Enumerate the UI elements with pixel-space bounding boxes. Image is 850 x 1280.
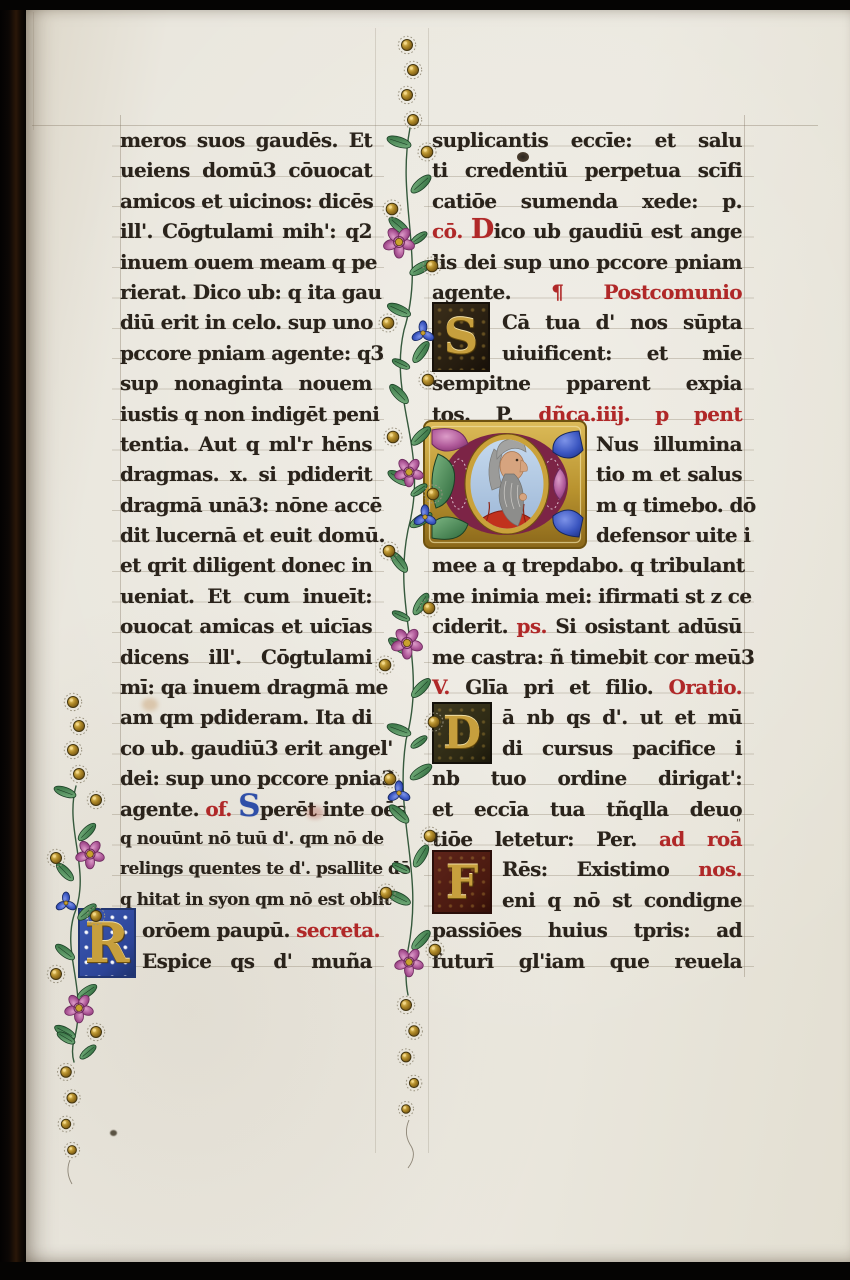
text-line: dragmas. x. si pdiderit xyxy=(120,459,372,489)
rubric-text: nos. xyxy=(698,857,742,881)
text-line: ciderit. ps. Si osistant adūsū xyxy=(432,611,742,641)
body-text: dragmas. x. si pdiderit xyxy=(120,462,372,486)
body-text: suplicantis eccīe: et salu xyxy=(432,128,742,152)
left-text-column: meros suos gaudēs. Etueiens domū3 cōuoca… xyxy=(120,125,372,977)
body-text: dicens ill'. Cōgtulami xyxy=(120,645,372,669)
initial-letter: S xyxy=(444,309,479,365)
stain xyxy=(142,698,158,711)
body-text: ciderit. xyxy=(432,614,516,638)
speck xyxy=(110,1130,117,1136)
marginal-mark: ʺ xyxy=(736,820,750,830)
body-text: ouocat amicas et uicīas xyxy=(120,614,372,638)
body-text: sempitne pparent expia xyxy=(432,371,742,395)
text-line: q nouūnt nō tuū d'. qm nō de xyxy=(120,824,372,854)
text-line: cō. Dico ub gaudiū est ange xyxy=(432,216,742,246)
text-line: ill'. Cōgtulami mih': q2 xyxy=(120,216,372,246)
rubric-text: V. xyxy=(432,675,465,699)
body-text: dit lucernā et euit domū. xyxy=(120,523,385,547)
text-line: dicens ill'. Cōgtulami xyxy=(120,642,372,672)
body-text: Rēs: Existimo xyxy=(502,857,698,881)
body-text: Si osistant adūsū xyxy=(555,614,742,638)
body-text: eni q nō st condigne xyxy=(502,888,742,912)
text-line: ueniat. Et cum inueīt: xyxy=(120,581,372,611)
initial-D-oratio: D xyxy=(432,702,492,764)
body-text: q hitat in syon qm nō est oblit' xyxy=(120,890,396,910)
text-line: ouocat amicas et uicīas xyxy=(120,611,372,641)
body-text: m q timebo. dō xyxy=(596,493,756,517)
body-text: ico ub gaudiū est ange xyxy=(494,219,742,243)
text-line: ueiens domū3 cōuocat xyxy=(120,155,372,185)
text-line: V. Glīa pri et filio. Oratio. xyxy=(432,672,742,702)
ink-blot xyxy=(517,152,529,162)
text-line: q hitat in syon qm nō est oblit' xyxy=(120,885,372,915)
initial-letter: F xyxy=(446,855,479,909)
body-text: ueniat. Et cum inueīt: xyxy=(120,584,372,608)
photo-edge-bottom xyxy=(0,1262,850,1280)
body-text: tentia. Aut q ml'r hēns xyxy=(120,432,372,456)
initial-F-epistle: F xyxy=(432,850,492,914)
book-gutter-edge xyxy=(0,0,26,1280)
inline-initial: S xyxy=(238,788,260,824)
body-text: mee a q trepdabo. q tribulant xyxy=(432,553,745,577)
manuscript-photo: meros suos gaudēs. Etueiens domū3 cōuoca… xyxy=(0,0,850,1280)
rubric-text: ps. xyxy=(516,614,555,638)
body-text: me inimia mei: ifirmati st z ce xyxy=(432,584,751,608)
rubric-text: ad roā xyxy=(659,827,742,851)
body-text: lis dei sup uno pccore pniam xyxy=(432,250,742,274)
body-text: amicos et uicinos: dicēs xyxy=(120,189,373,213)
body-text: defensor uite i xyxy=(596,523,750,547)
body-text: nb tuo ordine dirigat': xyxy=(432,766,742,790)
body-text: passiōes huius tpris: ad xyxy=(432,918,742,942)
initial-letter: D xyxy=(443,708,481,759)
text-line: passiōes huius tpris: ad xyxy=(432,915,742,945)
body-text: co ub. gaudiū3 erit angel' xyxy=(120,736,393,760)
body-text: di cursus pacifice i xyxy=(502,736,742,760)
text-line: m q timebo. dō xyxy=(432,490,742,520)
text-line: dit lucernā et euit domū. xyxy=(120,520,372,550)
body-text: ueiens domū3 cōuocat xyxy=(120,158,372,182)
text-line: futurī gl'iam que reuela xyxy=(432,946,742,976)
body-text: sup nonaginta nouem xyxy=(120,371,372,395)
rubric-text: ¶ Postcomunio xyxy=(551,280,742,304)
body-text: uiuificent: et mīe xyxy=(502,341,742,365)
text-line: amicos et uicinos: dicēs xyxy=(120,186,372,216)
body-text: Nus illumina xyxy=(596,432,742,456)
text-line: catiōe sumenda xede: p. xyxy=(432,186,742,216)
text-line: meros suos gaudēs. Et xyxy=(120,125,372,155)
rubric-text: of. xyxy=(205,797,238,821)
body-text: dei: sup uno pccore pnia3 xyxy=(120,766,395,790)
ruling-line xyxy=(33,12,34,130)
text-line: orōem paupū. secreta. xyxy=(120,915,372,945)
body-text: inuem ouem meam q pe xyxy=(120,250,377,274)
initial-S-postcommunio: S xyxy=(432,302,490,372)
body-text: et eccīa tua tñqlla deuo xyxy=(432,797,742,821)
body-text: mī: qa inuem dragmā me xyxy=(120,675,388,699)
body-text: orōem paupū. xyxy=(142,918,296,942)
initial-letter: R xyxy=(85,911,130,975)
initial-R-secreta: R xyxy=(78,908,136,978)
body-text: meros suos gaudēs. Et xyxy=(120,128,372,152)
text-line: lis dei sup uno pccore pniam xyxy=(432,247,742,277)
red-smudge xyxy=(306,806,324,819)
body-text: futurī gl'iam que reuela xyxy=(432,949,742,973)
rubric-text: secreta. xyxy=(296,918,380,942)
body-text: ti credentiū perpetua scīfi xyxy=(432,158,742,182)
text-line: inuem ouem meam q pe xyxy=(120,247,372,277)
body-text: tos. P. xyxy=(432,402,538,426)
text-line: sempitne pparent expia xyxy=(432,368,742,398)
rubric-text: cō. xyxy=(432,219,471,243)
body-text: q nouūnt nō tuū d'. qm nō de xyxy=(120,829,384,849)
text-line: tio m et salus xyxy=(432,459,742,489)
text-line: sup nonaginta nouem xyxy=(120,368,372,398)
body-text: tio m et salus xyxy=(596,462,742,486)
body-text: am qm pdideram. Ita di xyxy=(120,705,372,729)
text-line: co ub. gaudiū3 erit angel' xyxy=(120,733,372,763)
text-line: tos. P. dñca.iiij. p pent xyxy=(432,399,742,429)
text-line: et eccīa tua tñqlla deuo xyxy=(432,794,742,824)
text-line: mī: qa inuem dragmā me xyxy=(120,672,372,702)
body-text: ill'. Cōgtulami mih': q2 xyxy=(120,219,372,243)
body-text: diū erit in celo. sup uno xyxy=(120,310,373,334)
text-line: me castra: ñ timebit cor meū3 xyxy=(432,642,742,672)
body-text: iustis q non indigēt peni xyxy=(120,402,379,426)
text-line: mee a q trepdabo. q tribulant xyxy=(432,550,742,580)
text-line: tentia. Aut q ml'r hēns xyxy=(120,429,372,459)
body-text: Espice qs d' muña xyxy=(142,949,372,973)
body-text: agente. xyxy=(432,280,551,304)
text-line: dragmā unā3: nōne accē xyxy=(120,490,372,520)
body-text: ā nb qs d'. ut et mū xyxy=(502,705,742,729)
rubric-text: dñca.iiij. p pent xyxy=(538,402,742,426)
body-text: perēt inte oēs xyxy=(260,797,406,821)
text-line: et qrit diligent donec in xyxy=(120,550,372,580)
body-text: agente. xyxy=(120,797,205,821)
text-line: defensor uite i xyxy=(432,520,742,550)
photo-edge-top xyxy=(0,0,850,10)
text-line: Nus illumina xyxy=(432,429,742,459)
inline-initial: D xyxy=(471,214,494,245)
text-line: am qm pdideram. Ita di xyxy=(120,702,372,732)
rubric-text: Oratio. xyxy=(668,675,742,699)
text-line: iustis q non indigēt peni xyxy=(120,399,372,429)
body-text: rierat. Dico ub: q ita gau xyxy=(120,280,381,304)
text-line: relings quentes te d'. psallite dō xyxy=(120,854,372,884)
text-line: diū erit in celo. sup uno xyxy=(120,307,372,337)
body-text: dragmā unā3: nōne accē xyxy=(120,493,382,517)
text-line: ti credentiū perpetua scīfi xyxy=(432,155,742,185)
body-text: relings quentes te d'. psallite dō xyxy=(120,859,410,879)
body-text: Glīa pri et filio. xyxy=(465,675,668,699)
text-line: me inimia mei: ifirmati st z ce xyxy=(432,581,742,611)
body-text: Cā tua d' nos sūpta xyxy=(502,310,742,334)
text-line: Espice qs d' muña xyxy=(120,946,372,976)
text-line: suplicantis eccīe: et salu xyxy=(432,125,742,155)
body-text: me castra: ñ timebit cor meū3 xyxy=(432,645,754,669)
text-line: agente. of. Sperēt inte oēs xyxy=(120,794,372,824)
body-text: et qrit diligent donec in xyxy=(120,553,372,577)
text-line: nb tuo ordine dirigat': xyxy=(432,763,742,793)
text-line: pccore pniam agente: q3 xyxy=(120,338,372,368)
body-text: tiōe letetur: Per. xyxy=(432,827,659,851)
body-text: catiōe sumenda xede: p. xyxy=(432,189,742,213)
text-line: rierat. Dico ub: q ita gau xyxy=(120,277,372,307)
body-text: pccore pniam agente: q3 xyxy=(120,341,384,365)
